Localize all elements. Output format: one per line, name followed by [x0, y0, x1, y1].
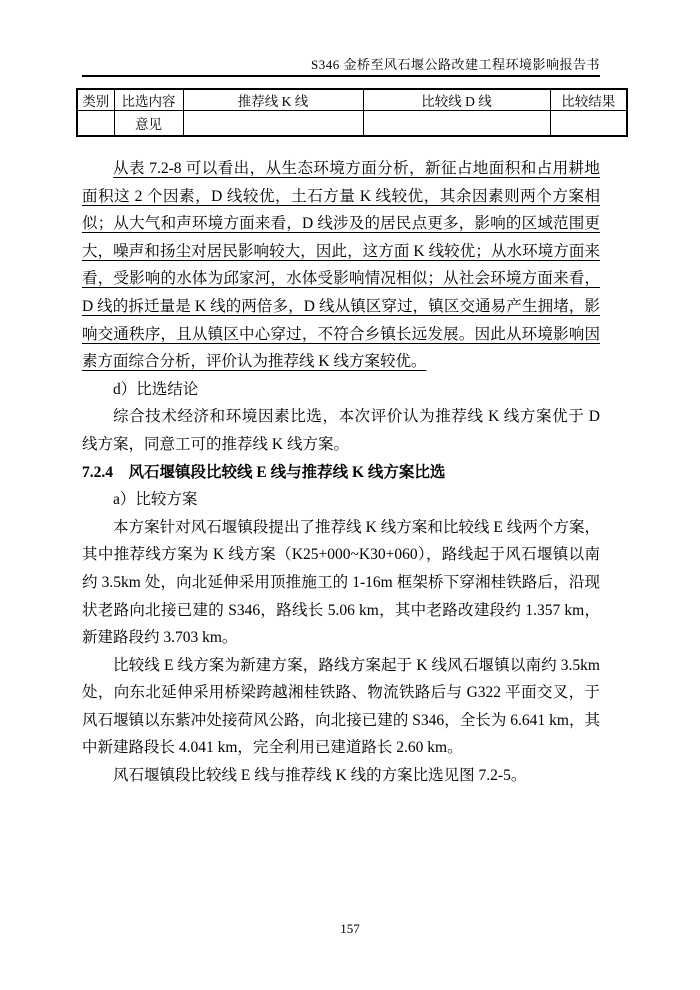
page-number: 157	[0, 921, 700, 937]
paragraph-selection-conclusion: 综合技术经济和环境因素比选，本次评价认为推荐线 K 线方案优于 D 线方案，同意…	[82, 403, 600, 458]
table-cell-category	[77, 111, 114, 136]
table-row-opinion: 意见	[77, 111, 627, 136]
table-header-category: 类别	[77, 89, 114, 111]
paragraph-figure-reference: 风石堰镇段比较线 E 线与推荐线 K 线的方案比选见图 7.2-5。	[82, 762, 600, 790]
table-header-comparison-result: 比较结果	[550, 89, 627, 111]
table-cell-result	[550, 111, 627, 136]
running-header-title: S346 金桥至风石堰公路改建工程环境影响报告书	[82, 57, 600, 73]
comparison-table: 类别 比选内容 推荐线 K 线 比较线 D 线 比较结果 意见	[76, 88, 628, 137]
table-header-comparison-d-line: 比较线 D 线	[363, 89, 550, 111]
table-cell-d-line	[363, 111, 550, 136]
paragraph-e-line-scheme: 比较线 E 线方案为新建方案，路线方案起于 K 线风石堰镇以南约 3.5km 处…	[82, 652, 600, 762]
table-cell-k-line	[183, 111, 363, 136]
paragraph-env-comparison-analysis: 从表 7.2-8 可以看出，从生态环境方面分析，新征占地面积和占用耕地面积这 2…	[82, 155, 600, 376]
table-header-row: 类别 比选内容 推荐线 K 线 比较线 D 线 比较结果	[77, 89, 627, 111]
body-text-block: 从表 7.2-8 可以看出，从生态环境方面分析，新征占地面积和占用耕地面积这 2…	[82, 155, 600, 790]
document-page: S346 金桥至风石堰公路改建工程环境影响报告书 类别 比选内容 推荐线 K 线…	[0, 0, 700, 990]
list-item-d-conclusion-label: d）比选结论	[82, 376, 600, 404]
paragraph-k-line-scheme: 本方案针对风石堰镇段提出了推荐线 K 线方案和比较线 E 线两个方案，其中推荐线…	[82, 514, 600, 652]
header-rule	[82, 75, 600, 77]
table-header-comparison-content: 比选内容	[114, 89, 183, 111]
table-cell-opinion: 意见	[114, 111, 183, 136]
section-heading-7-2-4: 7.2.4 风石堰镇段比较线 E 线与推荐线 K 线方案比选	[82, 459, 600, 487]
table-header-recommended-k-line: 推荐线 K 线	[183, 89, 363, 111]
list-item-a-comparison-label: a）比较方案	[82, 486, 600, 514]
